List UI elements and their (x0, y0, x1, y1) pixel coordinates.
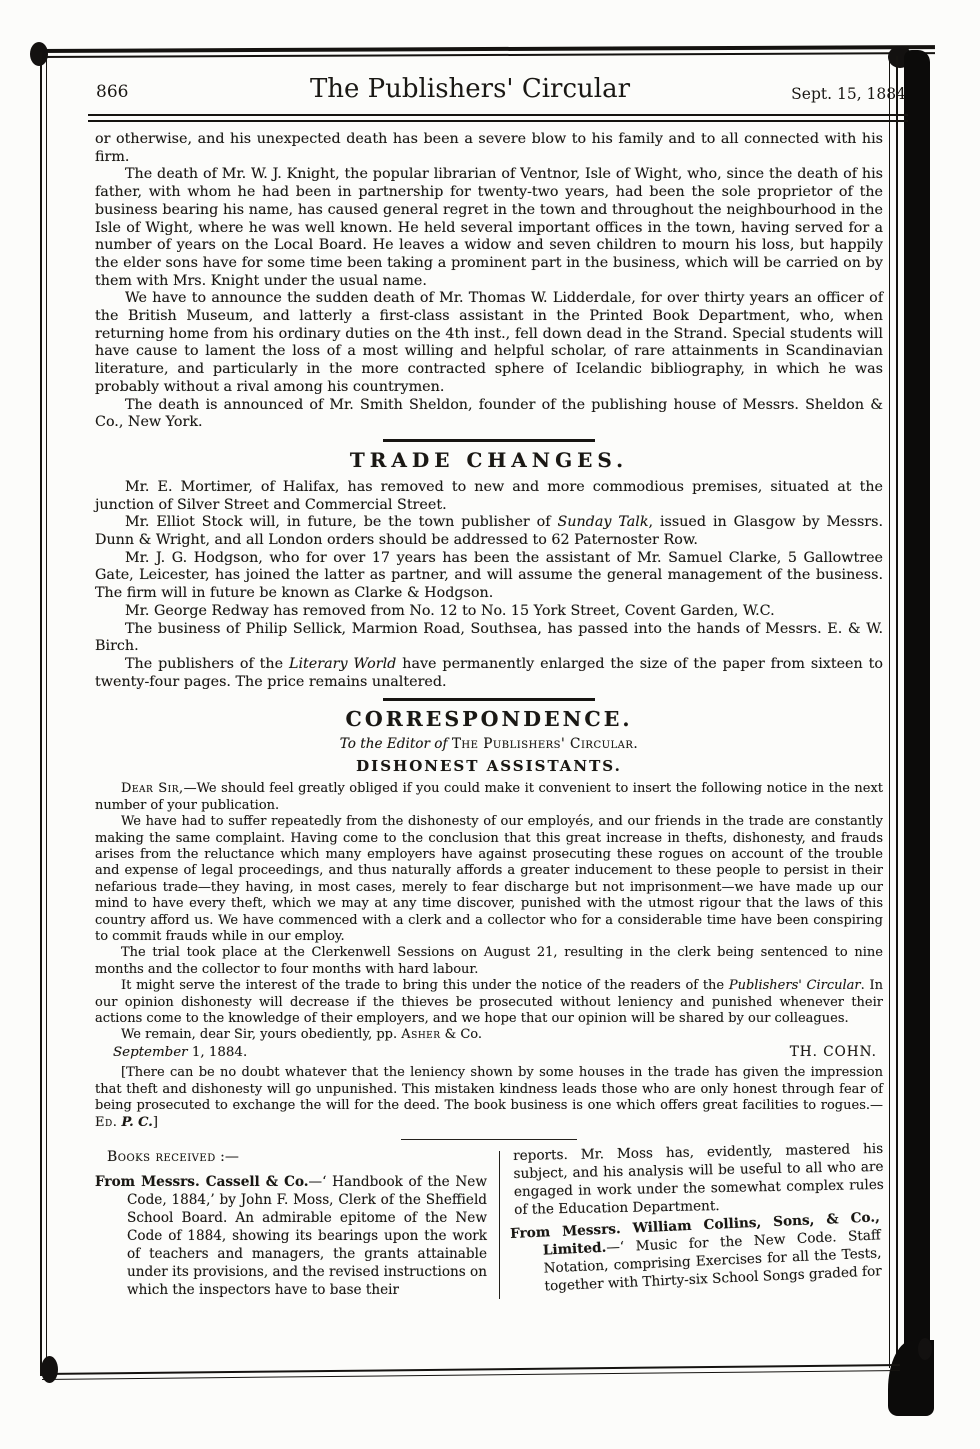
obituary-paragraph: The death is announced of Mr. Smith Shel… (95, 397, 883, 432)
section-divider (383, 698, 595, 701)
letter-date: September 1, 1884. (113, 1045, 247, 1062)
issue-date: Sept. 15, 1884 (780, 85, 906, 103)
section-divider (383, 439, 595, 442)
letter-body: Dear Sir,—We should feel greatly obliged… (95, 781, 883, 1131)
letter-title: DISHONEST ASSISTANTS. (95, 757, 883, 775)
scan-gutter-bar (904, 50, 930, 1380)
book-entry-continuation: reports. Mr. Moss has, evidently, master… (513, 1140, 884, 1219)
obituary-paragraph: We have to announce the sudden death of … (95, 290, 883, 396)
obituary-paragraph: or otherwise, and his unexpected death h… (95, 131, 883, 166)
editor-note: [There can be no doubt whatever that the… (95, 1065, 883, 1131)
right-border-inner-rule (889, 58, 890, 1368)
corner-ornament-bottom-right (918, 1338, 932, 1360)
journal-title: The Publishers' Circular (170, 74, 770, 104)
letter-salutation: To the Editor of The Publishers' Circula… (95, 736, 883, 752)
letter-paragraph: It might serve the interest of the trade… (95, 978, 883, 1027)
trade-paragraph: The publishers of the Literary World hav… (95, 656, 883, 691)
left-border-rule (40, 52, 42, 1376)
scanned-journal-page: 866 The Publishers' Circular Sept. 15, 1… (0, 0, 980, 1449)
letter-signature-row: September 1, 1884. TH. COHN. (95, 1044, 883, 1062)
letter-signature: TH. COHN. (790, 1044, 877, 1061)
letter-paragraph: Dear Sir,—We should feel greatly obliged… (95, 781, 883, 814)
book-entry-cassell: From Messrs. Cassell & Co.—‘ Handbook of… (95, 1173, 487, 1299)
page-content: or otherwise, and his unexpected death h… (95, 131, 883, 1299)
trade-changes-heading: TRADE CHANGES. (95, 448, 883, 472)
obituaries-section: or otherwise, and his unexpected death h… (95, 131, 883, 432)
trade-paragraph: Mr. George Redway has removed from No. 1… (95, 603, 883, 621)
right-border-rule (896, 56, 898, 1370)
trade-paragraph: Mr. J. G. Hodgson, who for over 17 years… (95, 550, 883, 603)
letter-paragraph: We have had to suffer repeatedly from th… (95, 814, 883, 945)
books-received-heading: Books received :— (95, 1148, 487, 1166)
trade-paragraph: Mr. Elliot Stock will, in future, be the… (95, 514, 883, 549)
books-received-section: Books received :— From Messrs. Cassell &… (95, 1147, 883, 1299)
correspondence-heading: CORRESPONDENCE. (95, 707, 883, 731)
books-left-column: Books received :— From Messrs. Cassell &… (95, 1147, 499, 1299)
left-border-inner-rule (46, 54, 47, 1374)
trade-changes-section: Mr. E. Mortimer, of Halifax, has removed… (95, 479, 883, 691)
bottom-border-rule (42, 1364, 900, 1380)
letter-paragraph: The trial took place at the Clerkenwell … (95, 945, 883, 978)
page-number: 866 (96, 82, 128, 102)
corner-ornament-bottom-left (41, 1356, 58, 1383)
book-entry-collins: From Messrs. William Collins, Sons, & Co… (510, 1208, 883, 1297)
trade-paragraph: Mr. E. Mortimer, of Halifax, has removed… (95, 479, 883, 514)
letter-valediction: We remain, dear Sir, yours obediently, p… (95, 1027, 883, 1043)
section-divider (401, 1139, 577, 1140)
books-right-column: reports. Mr. Moss has, evidently, master… (500, 1147, 883, 1299)
obituary-paragraph: The death of Mr. W. J. Knight, the popul… (95, 166, 883, 290)
trade-paragraph: The business of Philip Sellick, Marmion … (95, 621, 883, 656)
header-divider-rule (88, 114, 908, 122)
top-border-rule (36, 45, 935, 58)
